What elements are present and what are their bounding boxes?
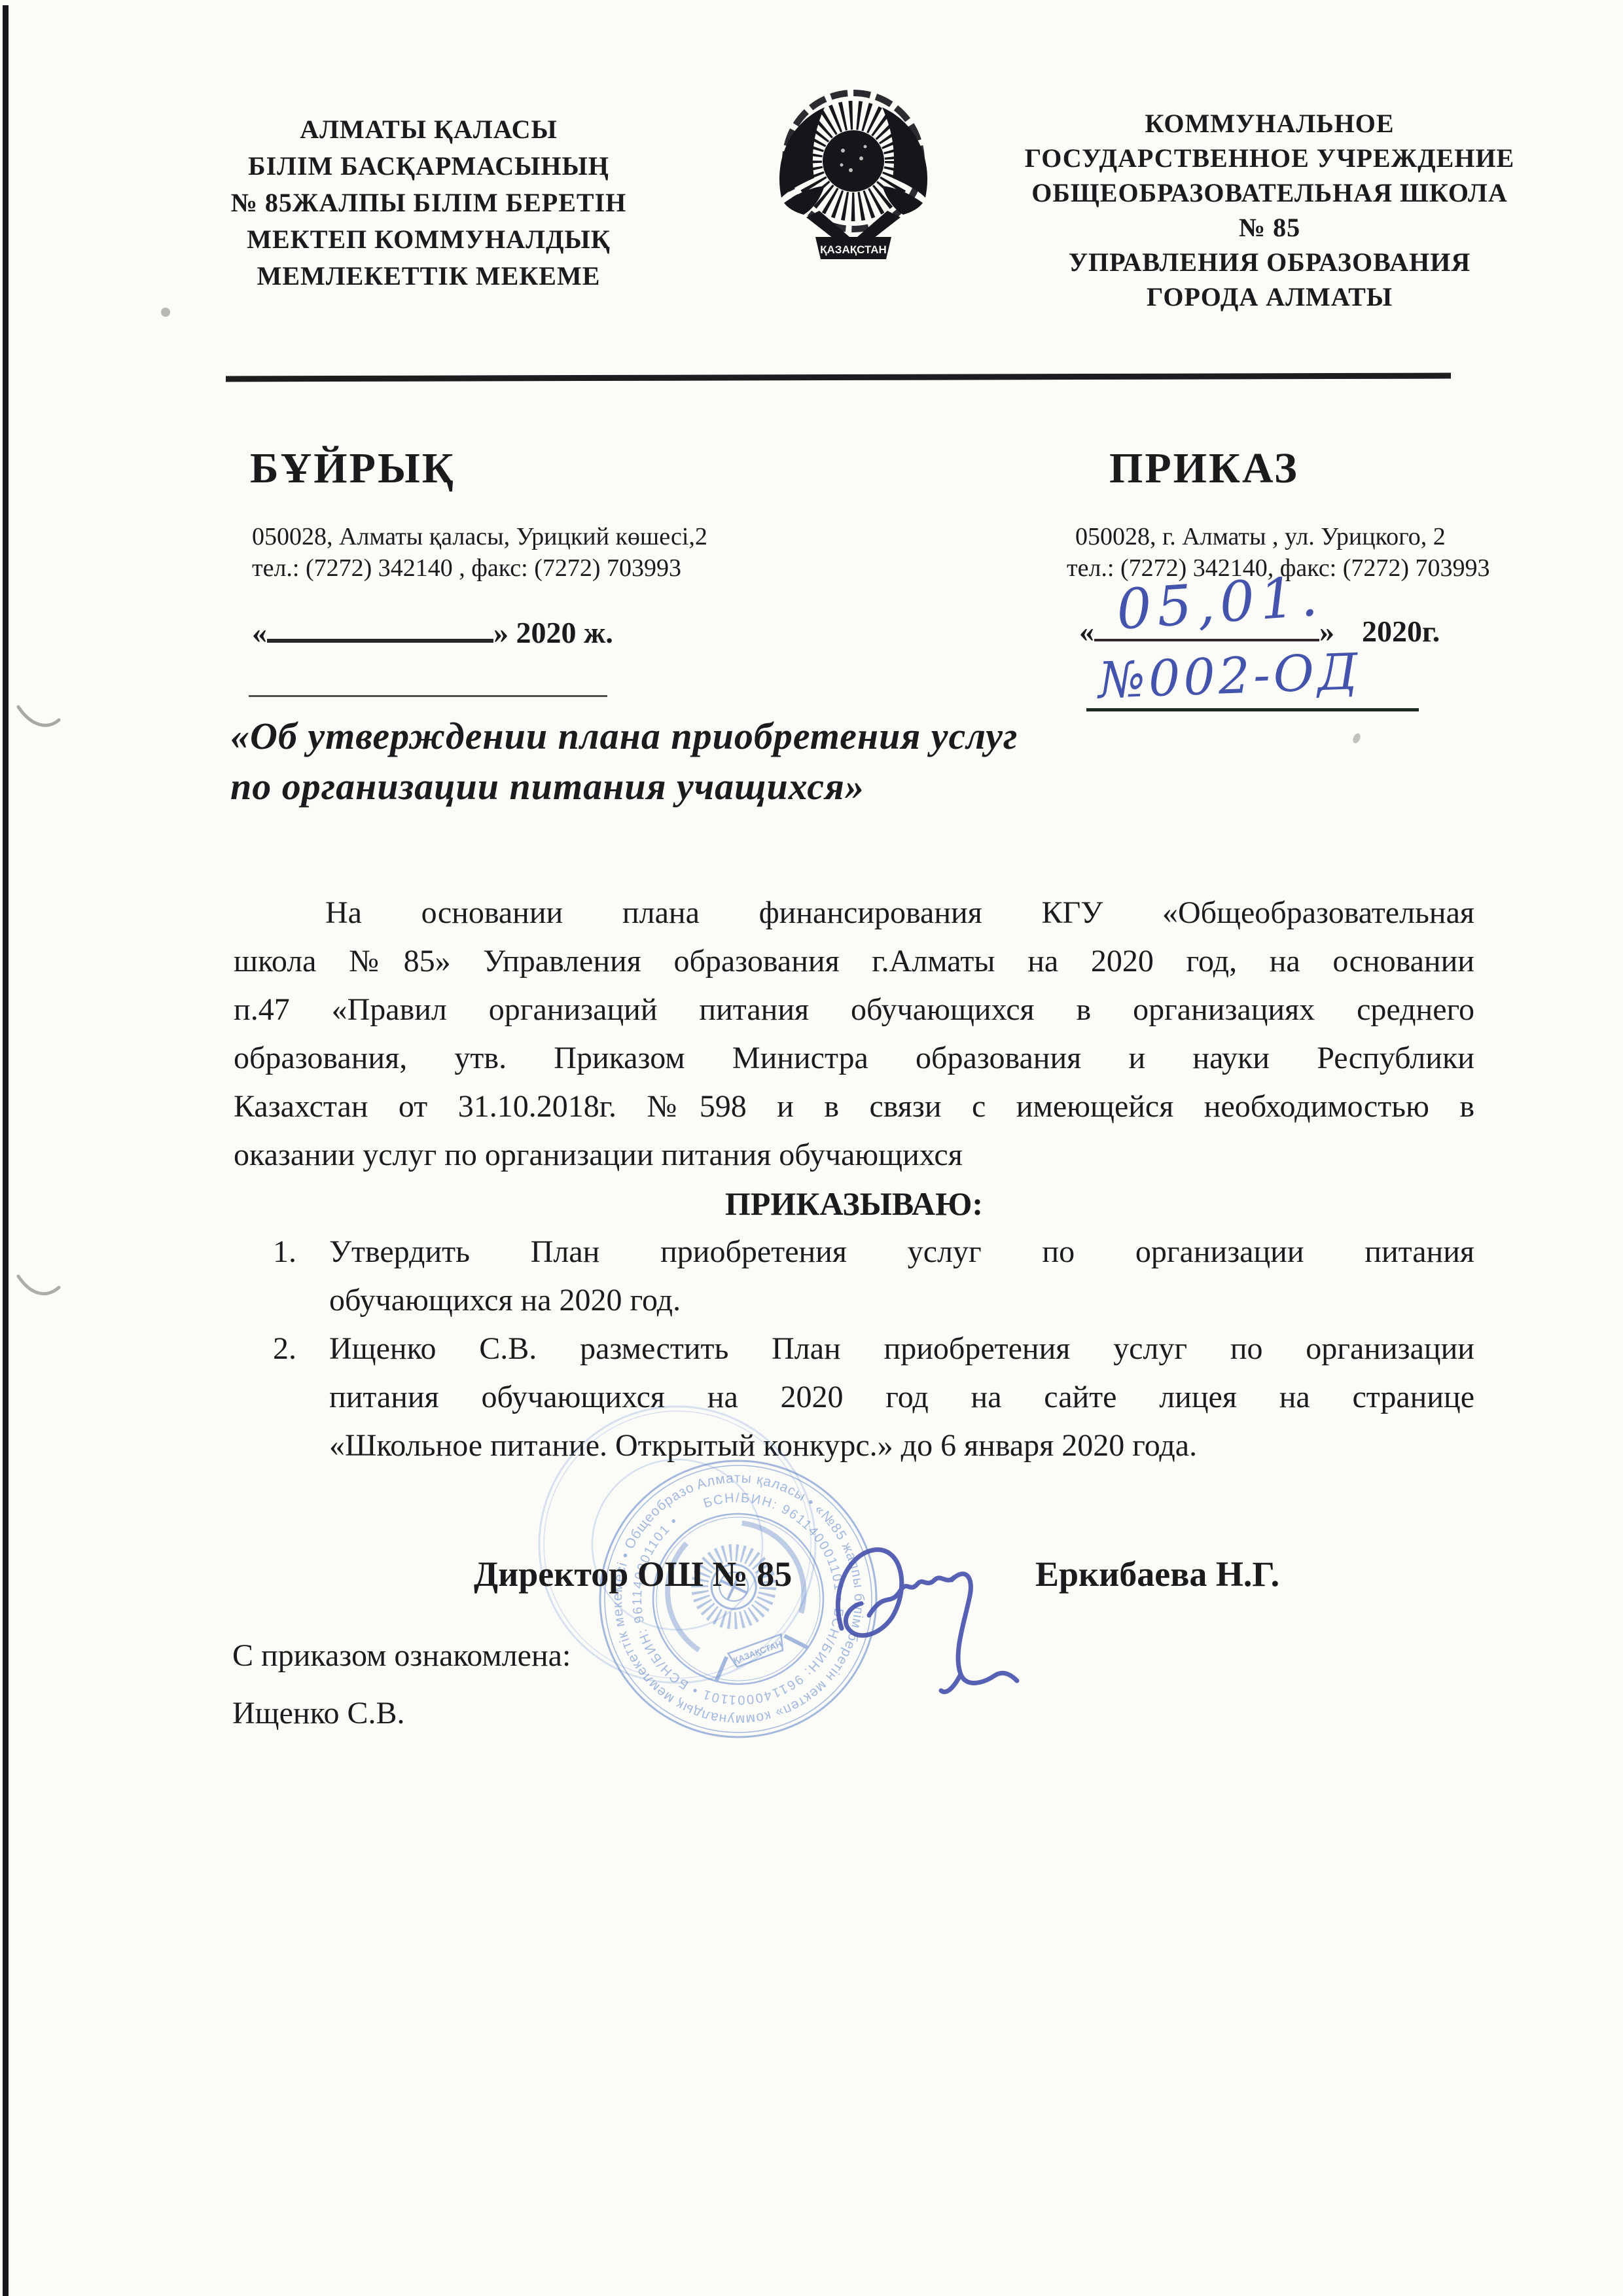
header-right-line: ОБЩЕОБРАЗОВАТЕЛЬНАЯ ШКОЛА — [982, 175, 1558, 210]
body-paragraph-line: Казахстан от 31.10.2018г. №598 и в связи… — [234, 1083, 1474, 1131]
header-left-line: № 85ЖАЛПЫ БІЛІМ БЕРЕТІН — [164, 185, 694, 221]
scan-artifact-mark — [13, 1260, 65, 1319]
acknowledged-name: Ищенко С.В. — [232, 1695, 405, 1731]
date-open-ru: « — [1079, 615, 1094, 648]
order-title-ru: ПРИКАЗ — [1109, 444, 1299, 493]
list-item-line: Утвердить План приобретения услуг по орг… — [329, 1228, 1474, 1276]
header-right-line: № 85 — [982, 210, 1558, 245]
date-close-kk: » 2020 ж. — [493, 616, 613, 649]
order-body: На основании плана финансирования КГУ «О… — [234, 889, 1474, 1470]
scan-artifact-mark — [12, 694, 64, 753]
director-name: Еркибаева Н.Г. — [1035, 1554, 1279, 1594]
header-left-line: АЛМАТЫ ҚАЛАСЫ — [164, 111, 694, 148]
order-title-kk: БҰЙРЫҚ — [250, 444, 455, 493]
order-item-1: 1. Утвердить План приобретения услуг по … — [234, 1228, 1474, 1325]
header-left-line: МЕМЛЕКЕТТІК МЕКЕМЕ — [164, 258, 694, 295]
body-paragraph-line: школа №85» Управления образования г.Алма… — [234, 937, 1474, 986]
header-right-line: КОММУНАЛЬНОЕ — [982, 106, 1558, 141]
date-row-kk: «» 2020 ж. — [252, 614, 613, 650]
list-item-number: 2. — [273, 1325, 325, 1373]
scanned-order-document: АЛМАТЫ ҚАЛАСЫ БІЛІМ БАСҚАРМАСЫНЫҢ № 85ЖА… — [0, 0, 1623, 2296]
list-item-line: «Школьное питание. Открытый конкурс.» до… — [329, 1422, 1474, 1470]
header-left-line: БІЛІМ БАСҚАРМАСЫНЫҢ — [164, 148, 694, 185]
body-paragraph-line: п.47 «Правил организаций питания обучающ… — [234, 986, 1474, 1034]
scan-edge-line — [3, 5, 9, 2296]
scan-artifact-dot — [161, 308, 170, 317]
header-left-line: МЕКТЕП КОММУНАЛДЫҚ — [164, 221, 694, 258]
date-open-kk: « — [252, 616, 267, 649]
address-ru-line1: 050028, г. Алматы , ул. Урицкого, 2 — [1075, 522, 1446, 552]
director-title: Директор ОШ № 85 — [474, 1554, 792, 1594]
body-paragraph-line: оказании услуг по организации питания об… — [234, 1131, 1474, 1179]
header-right-line: УПРАВЛЕНИЯ ОБРАЗОВАНИЯ — [982, 245, 1558, 279]
header-left-block: АЛМАТЫ ҚАЛАСЫ БІЛІМ БАСҚАРМАСЫНЫҢ № 85ЖА… — [164, 111, 694, 295]
list-item-line: обучающихся на 2020 год. — [329, 1276, 1474, 1325]
date-blank-line-kk — [267, 614, 493, 643]
acknowledgement-label: С приказом ознакомлена: — [232, 1638, 571, 1674]
emblem-banner-text: ҚАЗАҚСТАН — [820, 243, 887, 256]
list-item-number: 1. — [273, 1228, 325, 1276]
kazakhstan-emblem: ҚАЗАҚСТАН — [764, 82, 942, 270]
resolve-heading: ПРИКАЗЫВАЮ: — [234, 1179, 1474, 1228]
subject-line1: «Об утверждении плана приобретения услуг — [230, 711, 1018, 761]
blank-underline — [249, 695, 607, 697]
scan-artifact-dot — [1351, 732, 1362, 745]
handwritten-order-number: №002-ОД — [1097, 642, 1363, 709]
order-number-underline — [1086, 708, 1419, 711]
director-signature — [822, 1529, 1031, 1706]
list-item-line: питания обучающихся на 2020 год на сайте… — [329, 1373, 1474, 1422]
body-paragraph-line: образования, утв. Приказом Министра обра… — [234, 1034, 1474, 1083]
header-right-line: ГОСУДАРСТВЕННОЕ УЧРЕЖДЕНИЕ — [982, 141, 1558, 175]
date-year-ru: 2020г. — [1362, 615, 1440, 648]
subject-block: «Об утверждении плана приобретения услуг… — [230, 711, 1018, 812]
header-right-line: ГОРОДА АЛМАТЫ — [982, 279, 1558, 314]
header-divider-rule — [226, 373, 1451, 382]
body-paragraph-line: На основании плана финансирования КГУ «О… — [234, 889, 1474, 937]
order-item-2: 2. Ищенко С.В. разместить План приобрете… — [234, 1325, 1474, 1470]
address-kk-line2: тел.: (7272) 342140 , факс: (7272) 70399… — [252, 553, 681, 583]
subject-line2: по организации питания учащихся» — [230, 761, 1018, 812]
header-right-block: КОММУНАЛЬНОЕ ГОСУДАРСТВЕННОЕ УЧРЕЖДЕНИЕ … — [982, 106, 1558, 314]
list-item-line: Ищенко С.В. разместить План приобретения… — [329, 1325, 1474, 1373]
address-kk-line1: 050028, Алматы қаласы, Урицкий көшесі,2 — [252, 522, 707, 552]
